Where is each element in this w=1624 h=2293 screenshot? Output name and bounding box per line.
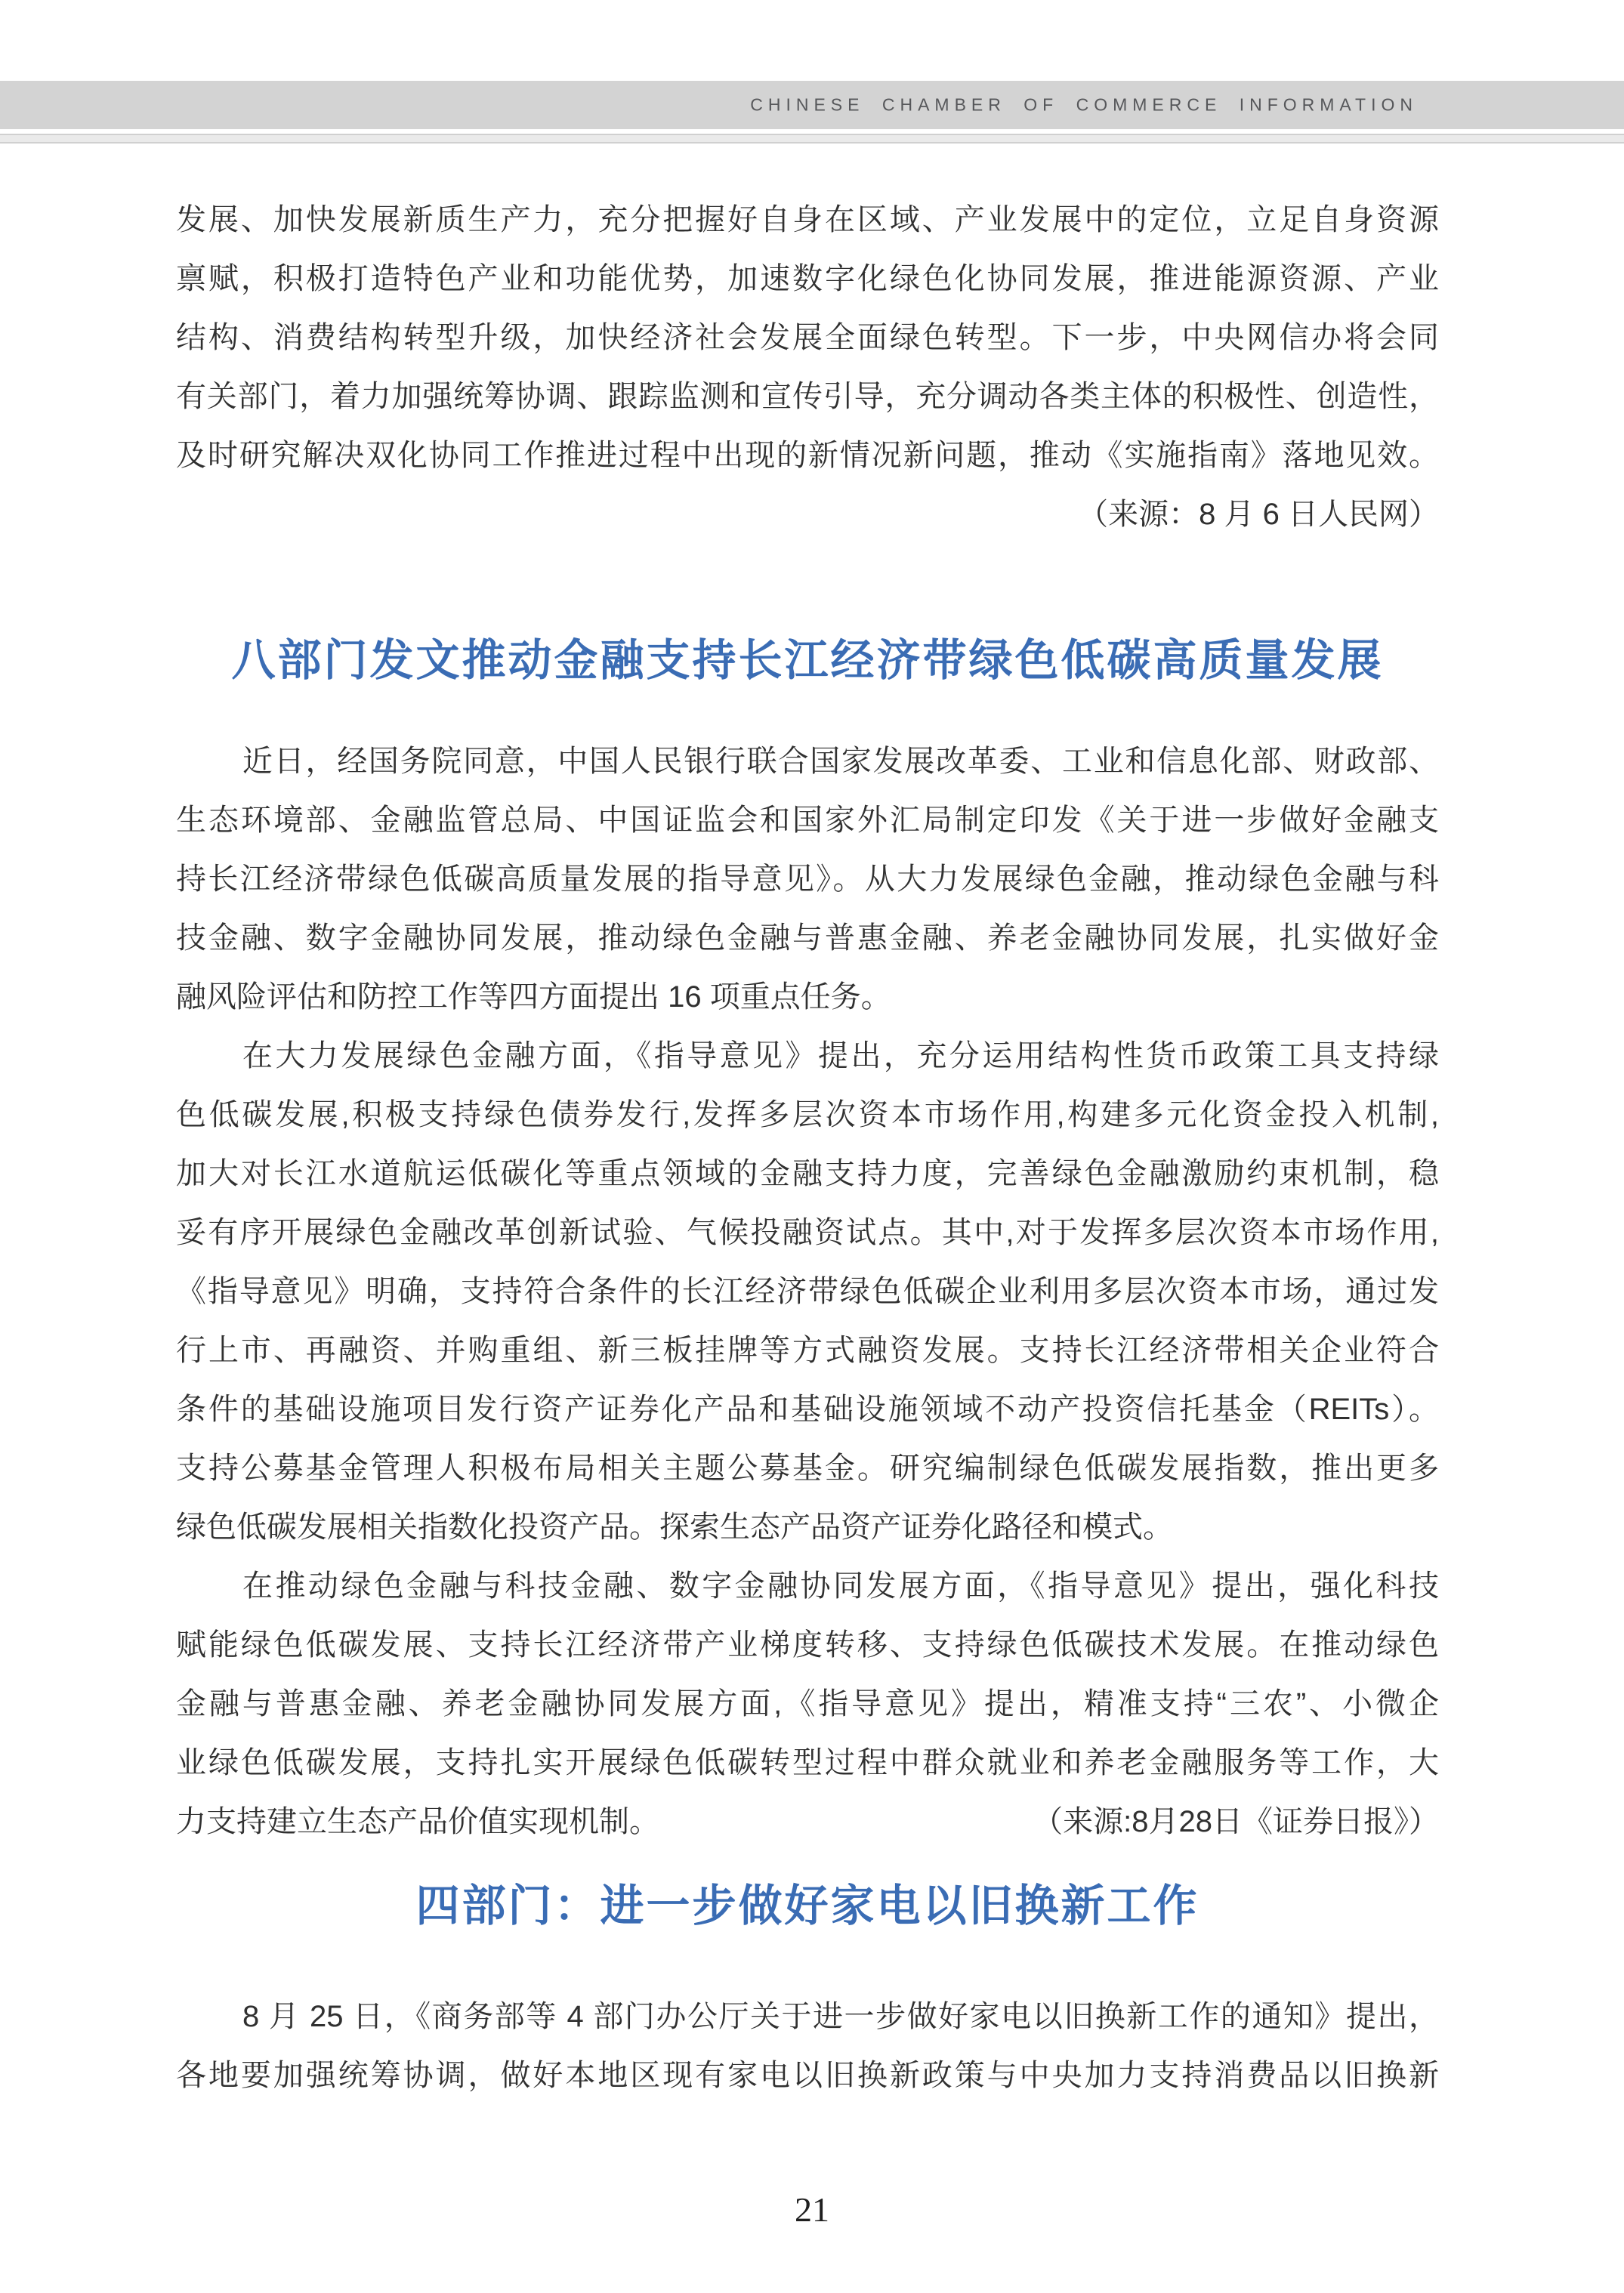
text-line: 禀赋，积极打造特色产业和功能优势，加速数字化绿色化协同发展，推进能源资源、产业	[176, 249, 1439, 308]
text-line: 业绿色低碳发展，支持扎实开展绿色低碳转型过程中群众就业和养老金融服务等工作，大	[176, 1733, 1439, 1792]
article2-source-note: （来源:8月28日《证券日报》）	[1033, 1792, 1439, 1851]
text-line: 发展、加快发展新质生产力，充分把握好自身在区域、产业发展中的定位，立足自身资源	[176, 190, 1439, 249]
text-line: 各地要加强统筹协调，做好本地区现有家电以旧换新政策与中央加力支持消费品以旧换新	[176, 2046, 1439, 2105]
text-line: 条件的基础设施项目发行资产证券化产品和基础设施领域不动产投资信托基金（REITs…	[176, 1380, 1439, 1439]
article3-title: 四部门：进一步做好家电以旧换新工作	[176, 1872, 1439, 1940]
text-line: 8 月 25 日，《商务部等 4 部门办公厅关于进一步做好家电以旧换新工作的通知…	[176, 1987, 1439, 2046]
text-line: 结构、消费结构转型升级，加快经济社会发展全面绿色转型。下一步，中央网信办将会同	[176, 308, 1439, 367]
article2-paragraph-1: 近日，经国务院同意，中国人民银行联合国家发展改革委、工业和信息化部、财政部、生态…	[176, 732, 1439, 1026]
article2-paragraph-3: 在推动绿色金融与科技金融、数字金融协同发展方面，《指导意见》提出，强化科技赋能绿…	[176, 1557, 1439, 1851]
text-line: 妥有序开展绿色金融改革创新试验、气候投融资试点。其中,对于发挥多层次资本市场作用…	[176, 1203, 1439, 1262]
text-line: 及时研究解决双化协同工作推进过程中出现的新情况新问题，推动《实施指南》落地见效。	[176, 426, 1439, 485]
page-number: 21	[0, 2187, 1624, 2233]
article2-last-line-text: 力支持建立生态产品价值实现机制。	[176, 1792, 659, 1851]
text-line: 融风险评估和防控工作等四方面提出 16 项重点任务。	[176, 968, 1439, 1026]
text-line: 行上市、再融资、并购重组、新三板挂牌等方式融资发展。支持长江经济带相关企业符合	[176, 1321, 1439, 1380]
text-line: 近日，经国务院同意，中国人民银行联合国家发展改革委、工业和信息化部、财政部、	[176, 732, 1439, 791]
text-line: 在大力发展绿色金融方面，《指导意见》提出，充分运用结构性货币政策工具支持绿	[176, 1026, 1439, 1085]
text-line: 在推动绿色金融与科技金融、数字金融协同发展方面，《指导意见》提出，强化科技	[176, 1557, 1439, 1616]
text-line: 技金融、数字金融协同发展，推动绿色金融与普惠金融、养老金融协同发展，扎实做好金	[176, 909, 1439, 968]
text-line: 支持公募基金管理人积极布局相关主题公募基金。研究编制绿色低碳发展指数，推出更多	[176, 1439, 1439, 1498]
text-line: 持长江经济带绿色低碳高质量发展的指导意见》。从大力发展绿色金融，推动绿色金融与科	[176, 850, 1439, 909]
text-line: 色低碳发展,积极支持绿色债券发行,发挥多层次资本市场作用,构建多元化资金投入机制…	[176, 1085, 1439, 1144]
header-banner: CHINESE CHAMBER OF COMMERCE INFORMATION	[0, 81, 1624, 129]
text-line: 金融与普惠金融、养老金融协同发展方面,《指导意见》提出，精准支持“三农”、小微企	[176, 1674, 1439, 1733]
text-line: 加大对长江水道航运低碳化等重点领域的金融支持力度，完善绿色金融激励约束机制，稳	[176, 1144, 1439, 1203]
text-line: 赋能绿色低碳发展、支持长江经济带产业梯度转移、支持绿色低碳技术发展。在推动绿色	[176, 1616, 1439, 1674]
article1-paragraph: 发展、加快发展新质生产力，充分把握好自身在区域、产业发展中的定位，立足自身资源禀…	[176, 190, 1439, 544]
header-divider-strip	[0, 134, 1624, 144]
document-page: CHINESE CHAMBER OF COMMERCE INFORMATION …	[0, 0, 1624, 2293]
text-line: 有关部门，着力加强统筹协调、跟踪监测和宣传引导，充分调动各类主体的积极性、创造性…	[176, 367, 1439, 426]
article3-paragraph-1: 8 月 25 日，《商务部等 4 部门办公厅关于进一步做好家电以旧换新工作的通知…	[176, 1987, 1439, 2105]
article1-source-note: （来源：8 月 6 日人民网）	[176, 485, 1439, 544]
text-line: 生态环境部、金融监管总局、中国证监会和国家外汇局制定印发《关于进一步做好金融支	[176, 791, 1439, 850]
text-line: 绿色低碳发展相关指数化投资产品。探索生态产品资产证券化路径和模式。	[176, 1498, 1439, 1557]
text-line: 《指导意见》明确，支持符合条件的长江经济带绿色低碳企业利用多层次资本市场，通过发	[176, 1262, 1439, 1321]
article2-title: 八部门发文推动金融支持长江经济带绿色低碳高质量发展	[176, 627, 1439, 695]
article2-paragraph-2: 在大力发展绿色金融方面，《指导意见》提出，充分运用结构性货币政策工具支持绿色低碳…	[176, 1026, 1439, 1557]
article2-last-line: 力支持建立生态产品价值实现机制。 （来源:8月28日《证券日报》）	[176, 1792, 1439, 1851]
header-banner-title: CHINESE CHAMBER OF COMMERCE INFORMATION	[750, 95, 1418, 116]
